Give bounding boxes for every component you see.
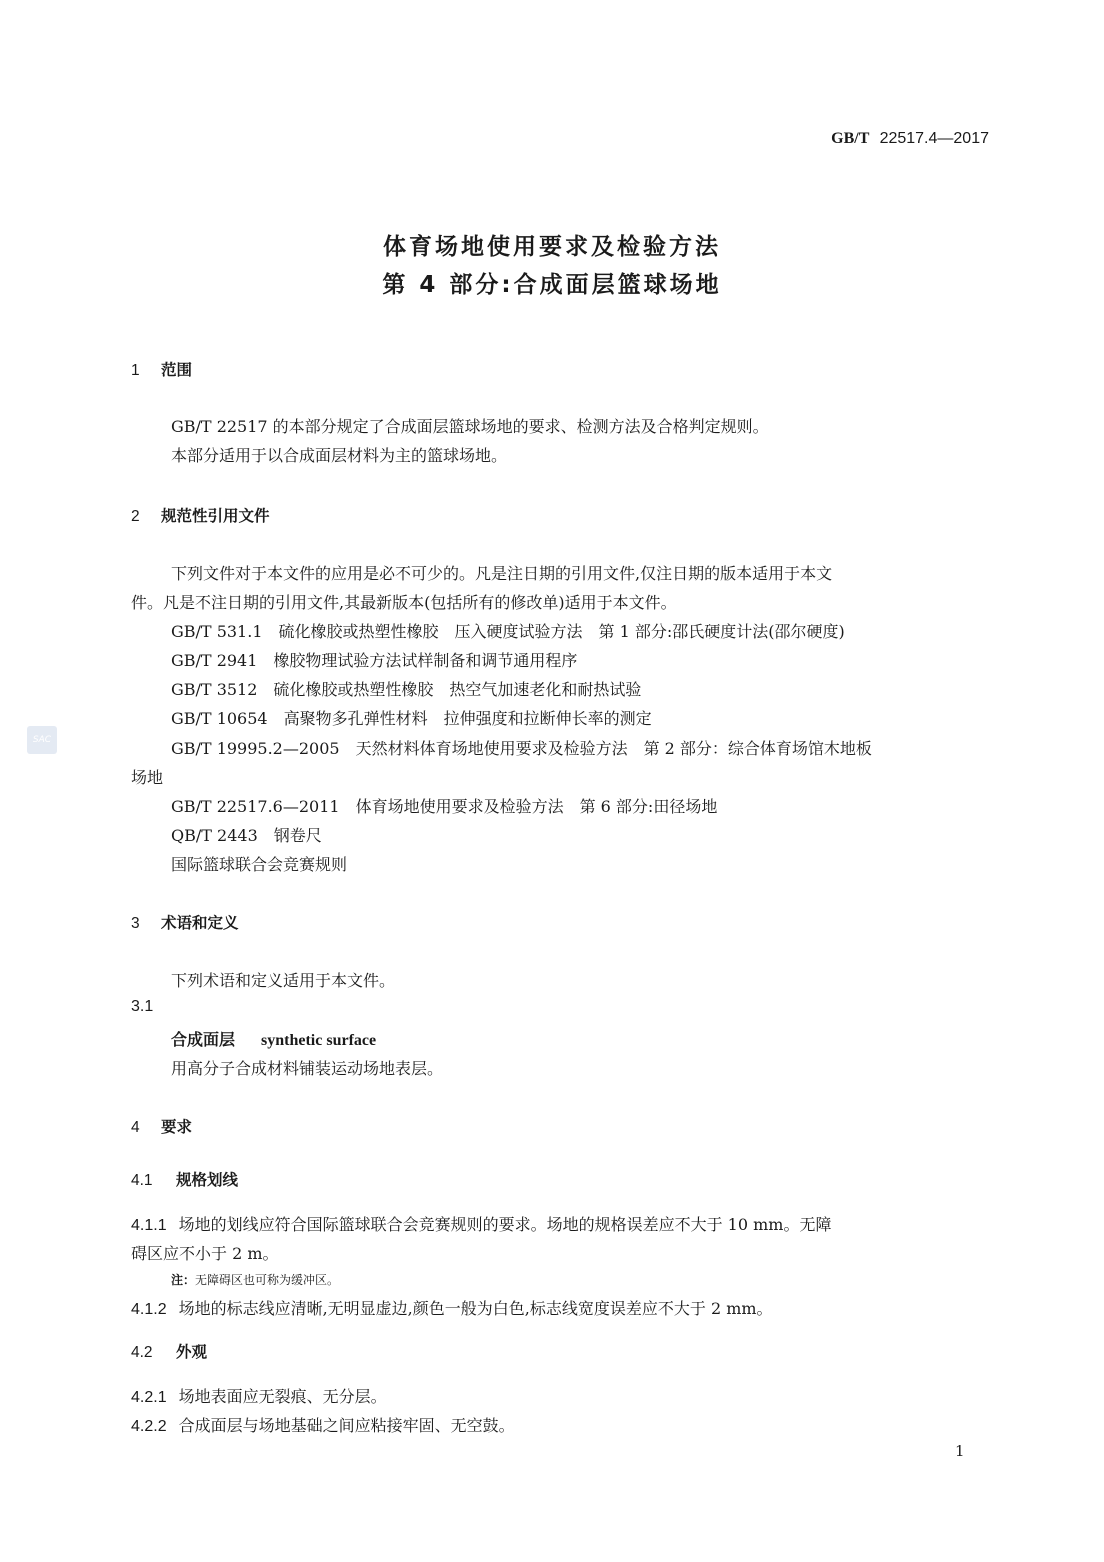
clause-text: 合成面层与场地基础之间应粘接牢固、无空鼓。 [179,1416,515,1435]
section-4-heading: 4要求 [131,1115,192,1137]
section-number: 3 [131,915,161,933]
subsection-number: 4.1 [131,1172,176,1190]
term-heading: 合成面层synthetic surface [171,1027,376,1050]
section-title: 要求 [161,1118,192,1136]
clause-number: 4.2.1 [131,1389,167,1407]
section-title: 规范性引用文件 [161,507,270,525]
section-2-heading: 2规范性引用文件 [131,504,270,526]
reference-item: GB/T 19995.2—2005 天然材料体育场地使用要求及检验方法 第 2 … [171,736,872,759]
document-title-line2: 第 4 部分:合成面层篮球场地 [0,266,1104,299]
subsection-4-2-heading: 4.2外观 [131,1340,207,1362]
paragraph: GB/T 22517 的本部分规定了合成面层篮球场地的要求、检测方法及合格判定规… [171,414,769,437]
note-text: 无障碍区也可称为缓冲区。 [195,1273,339,1287]
reference-item: GB/T 10654 高聚物多孔弹性材料 拉伸强度和拉断伸长率的测定 [171,706,652,729]
note: 注：无障碍区也可称为缓冲区。 [171,1271,339,1288]
standard-prefix: GB/T [831,130,869,147]
section-3-heading: 3术语和定义 [131,911,239,933]
clause-number: 4.2.2 [131,1418,167,1436]
paragraph: 件。凡是不注日期的引用文件,其最新版本(包括所有的修改单)适用于本文件。 [131,590,677,613]
reference-item-continued: 场地 [131,765,163,788]
note-label: 注： [171,1273,195,1287]
standard-number: 22517.4—2017 [880,130,989,147]
term-english: synthetic surface [261,1032,376,1049]
clause-4-1-1: 4.1.1场地的划线应符合国际篮球联合会竞赛规则的要求。场地的规格误差应不大于 … [131,1212,831,1235]
clause-4-1-1-continued: 碍区应不小于 2 m。 [131,1241,279,1264]
standard-code: GB/T 22517.4—2017 [831,128,989,148]
clause-text: 场地的划线应符合国际篮球联合会竞赛规则的要求。场地的规格误差应不大于 10 mm… [179,1215,832,1234]
subsection-title: 规格划线 [176,1171,238,1189]
page-number: 1 [955,1442,965,1460]
document-title-line1: 体育场地使用要求及检验方法 [0,228,1104,261]
reference-item: GB/T 3512 硫化橡胶或热塑性橡胶 热空气加速老化和耐热试验 [171,677,641,700]
reference-item: GB/T 2941 橡胶物理试验方法试样制备和调节通用程序 [171,648,577,671]
subsection-number: 4.2 [131,1344,176,1362]
reference-item: GB/T 531.1 硫化橡胶或热塑性橡胶 压入硬度试验方法 第 1 部分:邵氏… [171,619,845,642]
section-number: 1 [131,362,161,380]
reference-item: QB/T 2443 钢卷尺 [171,823,322,846]
clause-text: 场地表面应无裂痕、无分层。 [179,1387,387,1406]
clause-4-1-2: 4.1.2场地的标志线应清晰,无明显虚边,颜色一般为白色,标志线宽度误差应不大于… [131,1296,773,1319]
term-number: 3.1 [131,998,153,1016]
subsection-title: 外观 [176,1343,207,1361]
paragraph: 下列术语和定义适用于本文件。 [171,968,395,991]
section-title: 范围 [161,361,192,379]
reference-item: 国际篮球联合会竞赛规则 [171,852,347,875]
clause-number: 4.1.2 [131,1301,167,1319]
paragraph: 本部分适用于以合成面层材料为主的篮球场地。 [171,443,507,466]
section-title: 术语和定义 [161,914,239,932]
clause-number: 4.1.1 [131,1217,167,1235]
sac-watermark-logo: SAC [27,726,57,754]
clause-4-2-1: 4.2.1场地表面应无裂痕、无分层。 [131,1384,387,1407]
paragraph: 下列文件对于本文件的应用是必不可少的。凡是注日期的引用文件,仅注日期的版本适用于… [171,561,832,584]
subsection-4-1-heading: 4.1规格划线 [131,1168,238,1190]
clause-text: 场地的标志线应清晰,无明显虚边,颜色一般为白色,标志线宽度误差应不大于 2 mm… [179,1299,773,1318]
clause-4-2-2: 4.2.2合成面层与场地基础之间应粘接牢固、无空鼓。 [131,1413,515,1436]
section-number: 2 [131,508,161,526]
term-definition: 用高分子合成材料铺装运动场地表层。 [171,1056,443,1079]
term-chinese: 合成面层 [171,1030,235,1049]
reference-item: GB/T 22517.6—2011 体育场地使用要求及检验方法 第 6 部分:田… [171,794,717,817]
section-number: 4 [131,1119,161,1137]
section-1-heading: 1范围 [131,358,192,380]
